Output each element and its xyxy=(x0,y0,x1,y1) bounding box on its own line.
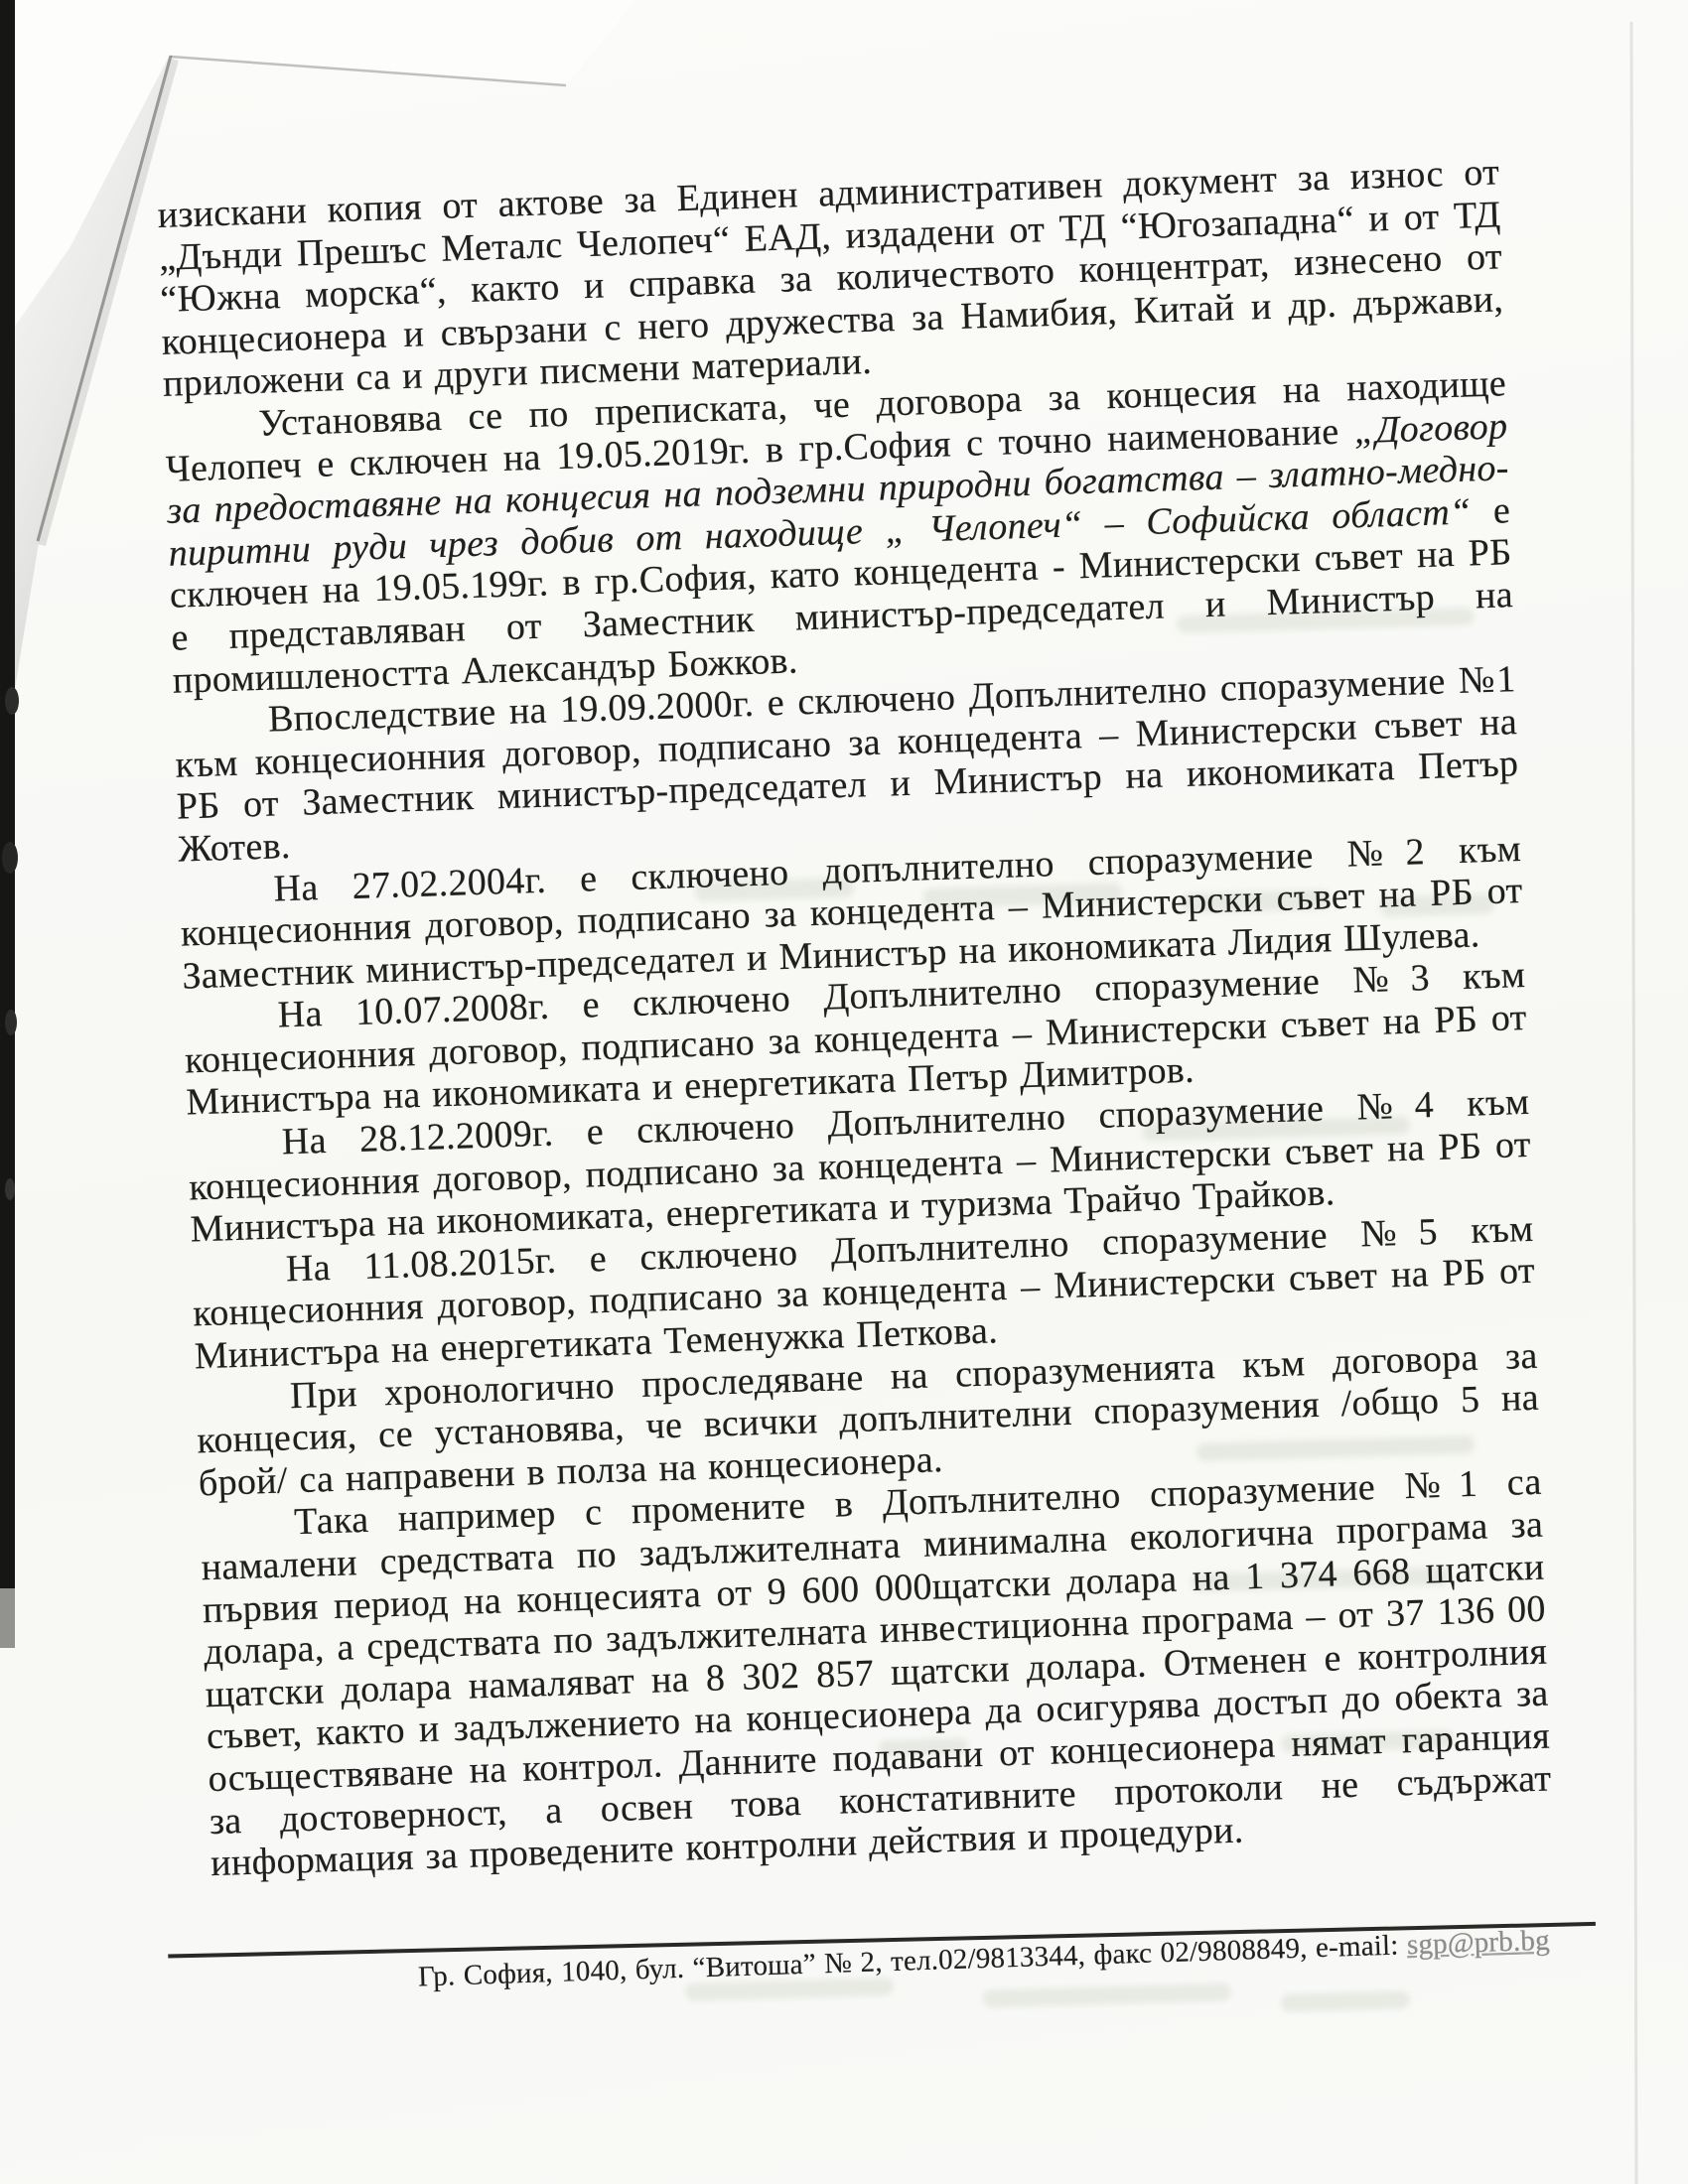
scan-speck xyxy=(5,687,19,715)
scan-speck xyxy=(5,1178,15,1200)
bleed-through-smudge xyxy=(1281,1990,1410,2012)
scan-speck xyxy=(5,1010,17,1035)
scan-speck xyxy=(2,842,18,874)
body-paragraph-1: изискани копия от актове за Единен админ… xyxy=(157,151,1505,406)
right-page-edge-line xyxy=(1631,22,1636,2184)
scanned-document-page: изискани копия от актове за Единен админ… xyxy=(0,0,1688,2184)
document-text-block: изискани копия от актове за Единен админ… xyxy=(157,151,1557,2001)
paragraph-text: Така например с промените в Допълнително… xyxy=(201,1461,1552,1884)
footer-email-text: sgp@prb.bg xyxy=(1406,1924,1550,1961)
body-paragraph-2: Установява се по преписката, че договора… xyxy=(164,362,1515,702)
left-edge-scan-strip xyxy=(0,0,15,1588)
body-paragraph-9: Така например с промените в Допълнително… xyxy=(200,1461,1554,1885)
left-edge-scan-strip-fade xyxy=(0,1588,15,1648)
paragraph-text: изискани копия от актове за Единен админ… xyxy=(157,151,1504,405)
